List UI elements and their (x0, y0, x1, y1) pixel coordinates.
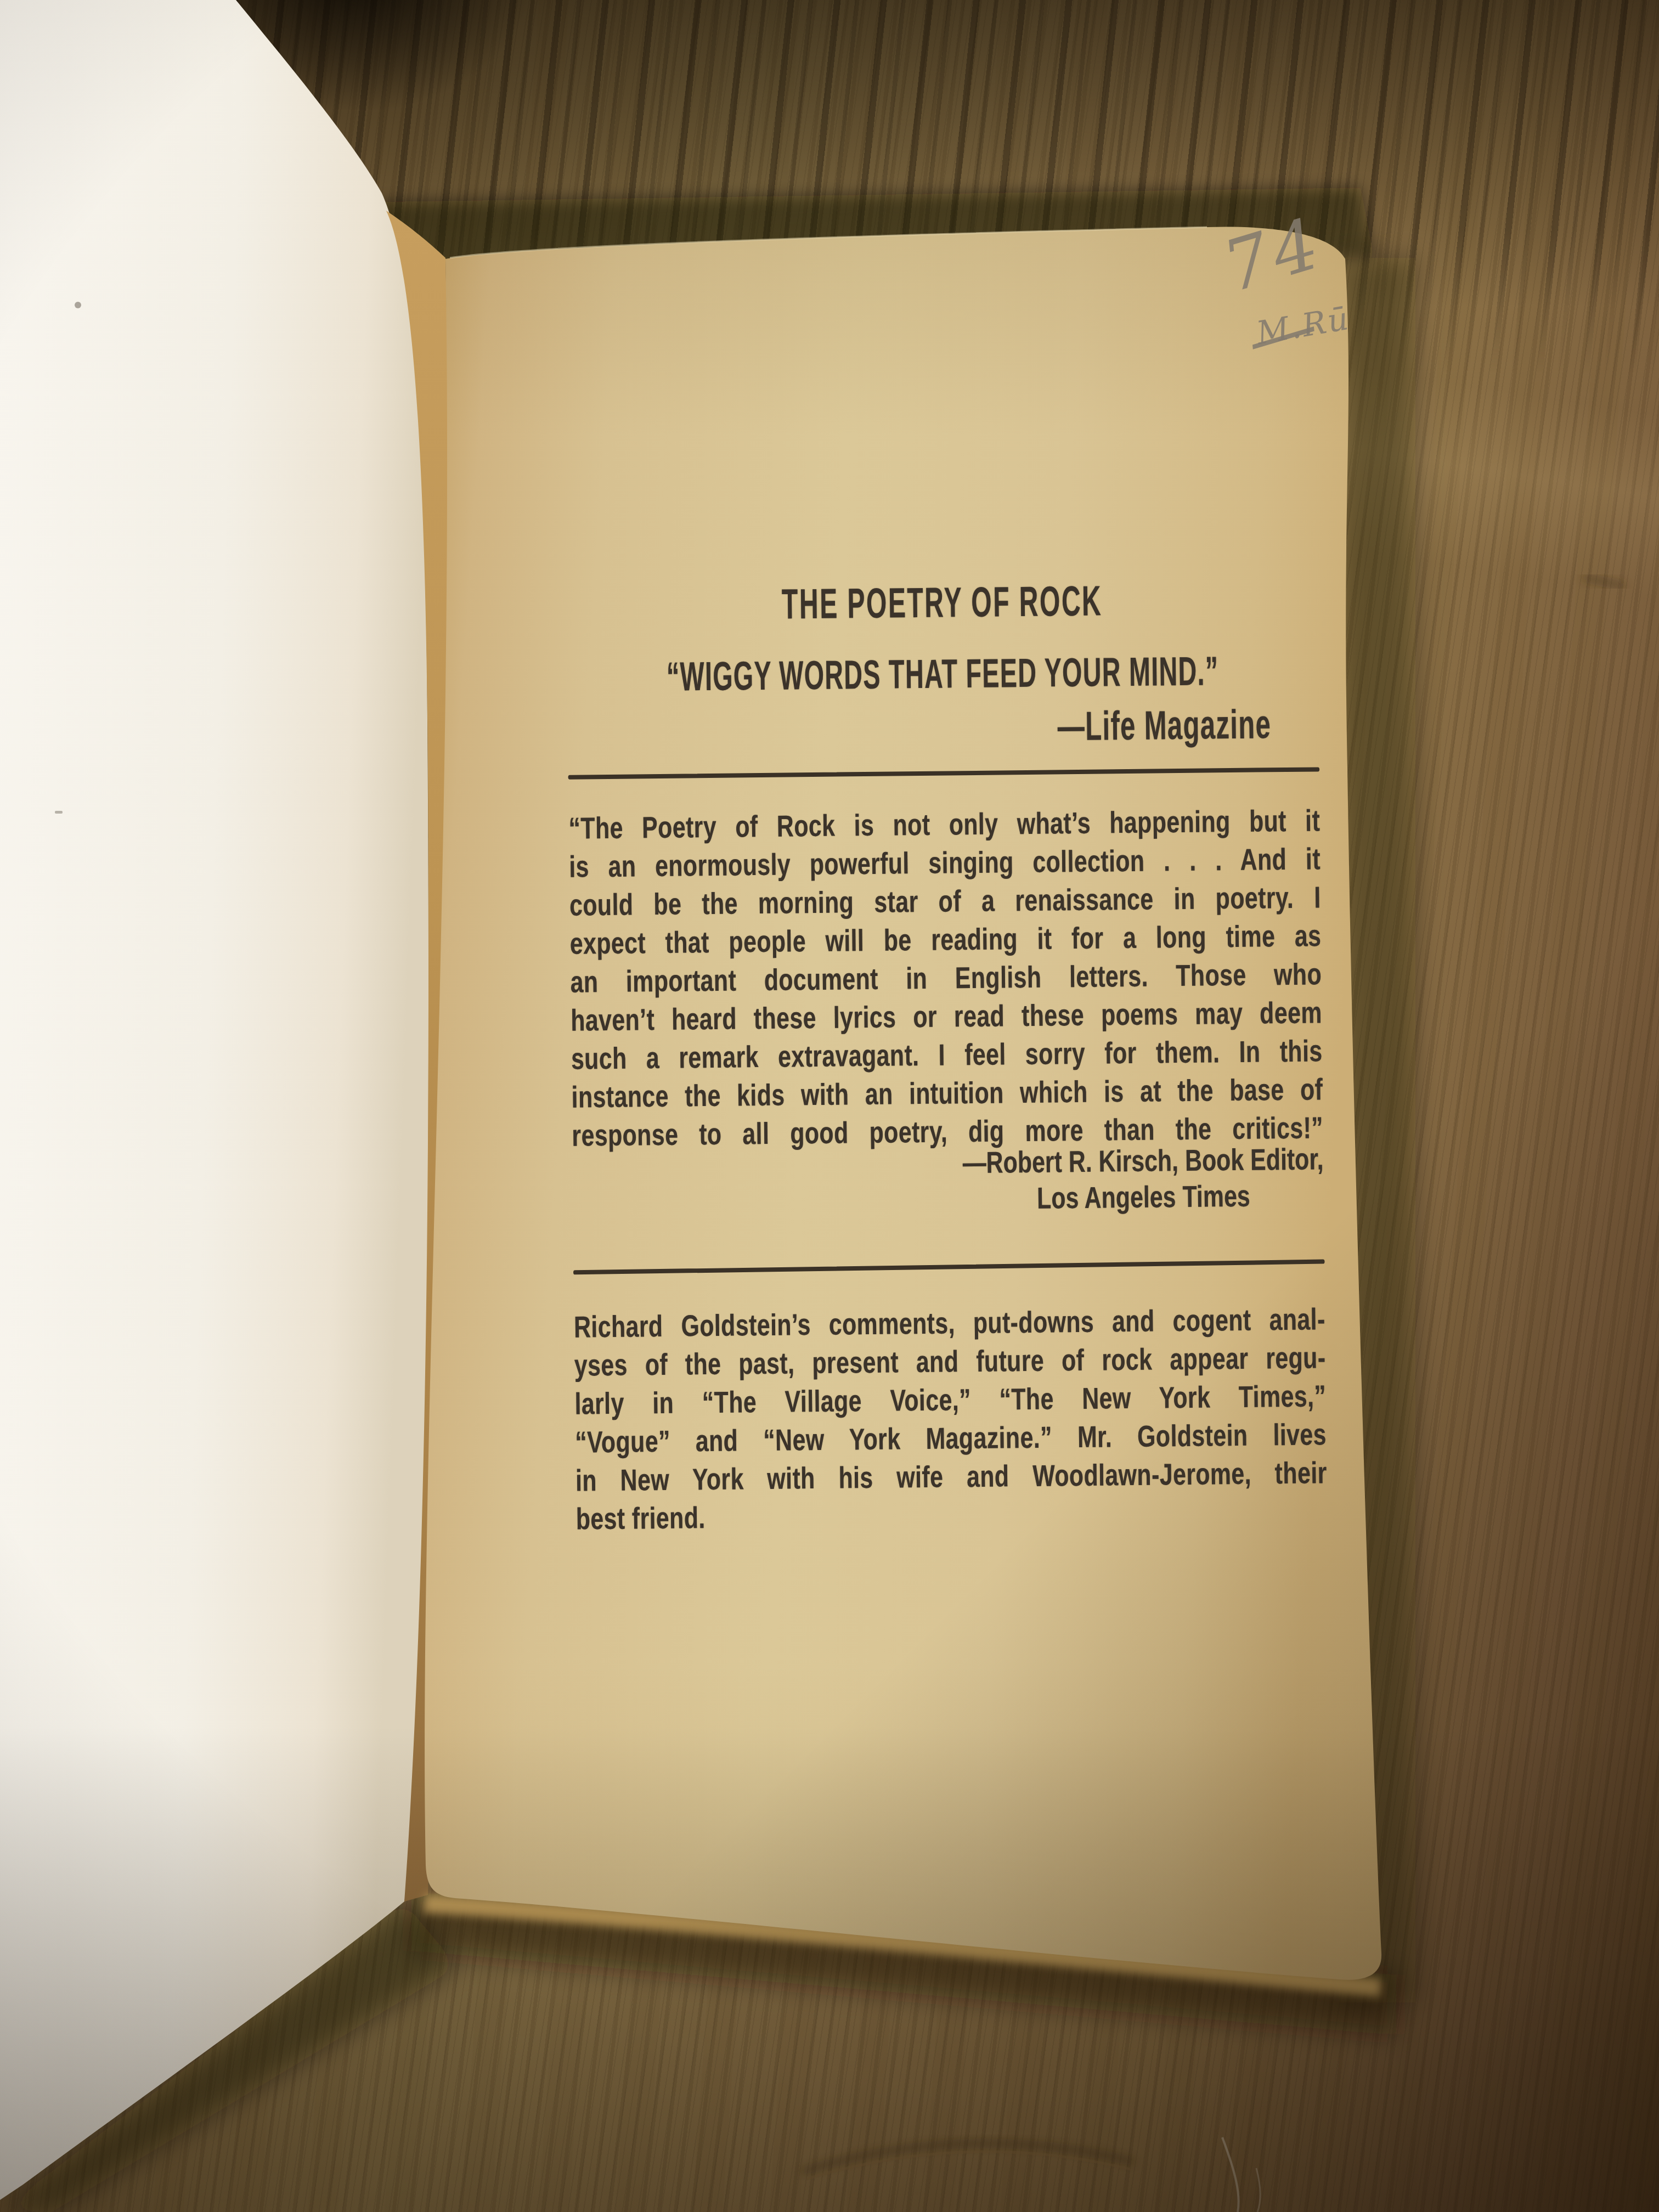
photo-scene: 74 — M.Rū THE POETRY OF ROCK “WIGGY WORD… (0, 0, 1659, 2212)
wood-fiber-2 (1256, 2168, 1260, 2212)
review-attribution: —Robert R. Kirsch, Book Editor, Los Ange… (962, 1141, 1324, 1217)
book-title: THE POETRY OF ROCK (782, 578, 1103, 628)
author-bio-line: best friend. (575, 1492, 1327, 1538)
author-bio-line: in New York with his wife and Woodlawn-J… (575, 1453, 1327, 1499)
review-quote-bold-lead: “The Poetry of Rock (568, 809, 835, 845)
review-attribution-name: —Robert R. Kirsch, Book Editor, (962, 1141, 1324, 1181)
paper-speck-2 (55, 811, 63, 814)
book-title-row: THE POETRY OF ROCK (566, 575, 1318, 630)
white-facing-page (0, 0, 428, 2200)
review-tagline-source: —Life Magazine (602, 702, 1285, 753)
author-bio-paragraph: Richard Goldstein’s comments, put-downs … (574, 1300, 1328, 1538)
review-attribution-publication: Los Angeles Times (963, 1177, 1324, 1217)
text-column: THE POETRY OF ROCK “WIGGY WORDS THAT FEE… (566, 545, 1332, 1979)
wood-fiber-1 (1222, 2137, 1239, 2212)
divider-rule-bottom (573, 1260, 1325, 1275)
tagline-block: “WIGGY WORDS THAT FEED YOUR MIND.” —Life… (567, 648, 1319, 753)
review-quote-paragraph: “The Poetry of Rock is not only what’s h… (568, 801, 1323, 1154)
wood-dash-mark (1583, 577, 1624, 586)
pencil-price-mark: 74 — (1216, 201, 1365, 380)
paper-speck-1 (75, 302, 81, 308)
back-page-content: 74 — M.Rū THE POETRY OF ROCK “WIGGY WORD… (444, 216, 1362, 1937)
review-tagline: “WIGGY WORDS THAT FEED YOUR MIND.” (602, 648, 1284, 699)
divider-rule-top (568, 767, 1320, 779)
